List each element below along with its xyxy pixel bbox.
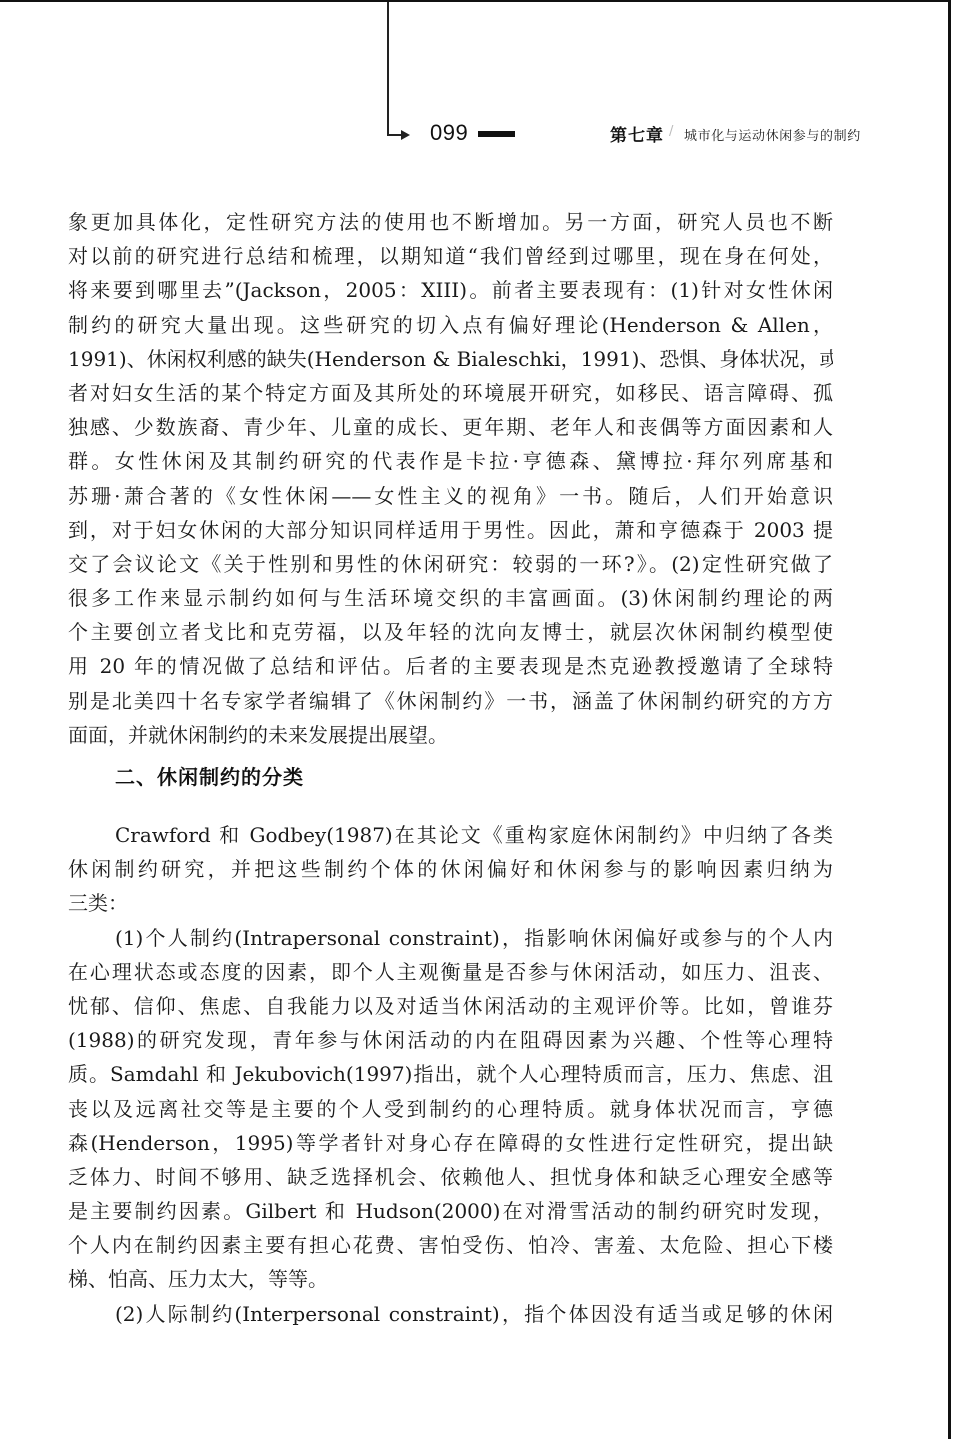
text-line: 是主要制约因素。Gilbert 和 Hudson(2000)在对滑雪活动的制约研… bbox=[68, 1194, 833, 1228]
text-line: 独感、少数族裔、青少年、儿童的成长、更年期、老年人和丧偶等方面因素和人 bbox=[68, 410, 833, 444]
text-line: (2)人际制约(Interpersonal constraint)，指个体因没有… bbox=[68, 1297, 833, 1331]
text-line: 制约的研究大量出现。这些研究的切入点有偏好理论(Henderson & Alle… bbox=[68, 308, 833, 342]
text-line: 1991)、休闲权利感的缺失(Henderson & Bialeschki，19… bbox=[68, 342, 833, 376]
text-line: 者对妇女生活的某个特定方面及其所处的环境展开研究，如移民、语言障碍、孤 bbox=[68, 376, 833, 410]
page-number: 099 bbox=[430, 120, 468, 146]
arrow-right-icon bbox=[401, 130, 410, 140]
text-line: 质。Samdahl 和 Jekubovich(1997)指出，就个人心理特质而言… bbox=[68, 1057, 833, 1091]
text-line: 苏珊·萧合著的《女性休闲——女性主义的视角》一书。随后，人们开始意识 bbox=[68, 479, 833, 513]
text-line: 用 20 年的情况做了总结和评估。后者的主要表现是杰克逊教授邀请了全球特 bbox=[68, 649, 833, 683]
body-text: 象更加具体化，定性研究方法的使用也不断增加。另一方面，研究人员也不断 对以前的研… bbox=[68, 205, 833, 1331]
text-line: (1)个人制约(Intrapersonal constraint)，指影响休闲偏… bbox=[68, 921, 833, 955]
paragraph-intrapersonal-constraint: (1)个人制约(Intrapersonal constraint)，指影响休闲偏… bbox=[68, 921, 833, 1297]
text-line: 对以前的研究进行总结和梳理，以期知道“我们曾经到过哪里，现在身在何处， bbox=[68, 239, 833, 273]
text-line: 别是北美四十名专家学者编辑了《休闲制约》一书，涵盖了休闲制约研究的方方 bbox=[68, 684, 833, 718]
running-header-rule-vertical bbox=[387, 2, 389, 135]
section-heading: 二、休闲制约的分类 bbox=[68, 752, 833, 818]
text-line: 个人内在制约因素主要有担心花费、害怕受伤、怕冷、害羞、太危险、担心下楼 bbox=[68, 1228, 833, 1262]
paragraph-interpersonal-constraint: (2)人际制约(Interpersonal constraint)，指个体因没有… bbox=[68, 1297, 833, 1331]
paragraph-crawford-godbey: Crawford 和 Godbey(1987)在其论文《重构家庭休闲制约》中归纳… bbox=[68, 818, 833, 921]
text-line: 休闲制约研究，并把这些制约个体的休闲偏好和休闲参与的影响因素归纳为 bbox=[68, 852, 833, 886]
text-line: (1988)的研究发现，青年参与休闲活动的内在阻碍因素为兴趣、个性等心理特 bbox=[68, 1023, 833, 1057]
text-line: 到，对于妇女休闲的大部分知识同样适用于男性。因此，萧和亨德森于 2003 提 bbox=[68, 513, 833, 547]
text-line: 森(Henderson，1995)等学者针对身心存在障碍的女性进行定性研究，提出… bbox=[68, 1126, 833, 1160]
text-line: 梯、怕高、压力太大，等等。 bbox=[68, 1262, 833, 1296]
text-line: 交了会议论文《关于性别和男性的休闲研究：较弱的一环?》。(2)定性研究做了 bbox=[68, 547, 833, 581]
text-line: 象更加具体化，定性研究方法的使用也不断增加。另一方面，研究人员也不断 bbox=[68, 205, 833, 239]
chapter-title: 城市化与运动休闲参与的制约 bbox=[684, 125, 861, 144]
text-line: 在心理状态或态度的因素，即个人主观衡量是否参与休闲活动，如压力、沮丧、 bbox=[68, 955, 833, 989]
text-line: 忧郁、信仰、焦虑、自我能力以及对适当休闲活动的主观评价等。比如，曾谁芬 bbox=[68, 989, 833, 1023]
page-number-bar bbox=[478, 131, 515, 137]
text-line: 很多工作来显示制约如何与生活环境交织的丰富画面。(3)休闲制约理论的两 bbox=[68, 581, 833, 615]
text-line: 乏体力、时间不够用、缺乏选择机会、依赖他人、担忧身体和缺乏心理安全感等 bbox=[68, 1160, 833, 1194]
text-line: Crawford 和 Godbey(1987)在其论文《重构家庭休闲制约》中归纳… bbox=[68, 818, 833, 852]
text-line: 面面，并就休闲制约的未来发展提出展望。 bbox=[68, 718, 833, 752]
paragraph-continuation: 象更加具体化，定性研究方法的使用也不断增加。另一方面，研究人员也不断 对以前的研… bbox=[68, 205, 833, 752]
chapter-separator: / bbox=[669, 124, 673, 139]
text-line: 个主要创立者戈比和克劳福，以及年轻的沈向友博士，就层次休闲制约模型使 bbox=[68, 615, 833, 649]
text-line: 丧以及远离社交等是主要的个人受到制约的心理特质。就身体状况而言，亨德 bbox=[68, 1092, 833, 1126]
text-line: 三类： bbox=[68, 886, 833, 920]
text-line: 群。女性休闲及其制约研究的代表作是卡拉·亨德森、黛博拉·拜尔列席基和 bbox=[68, 444, 833, 478]
book-page: 099 第七章 / 城市化与运动休闲参与的制约 象更加具体化，定性研究方法的使用… bbox=[0, 0, 951, 1439]
text-line: 将来要到哪里去”(Jackson，2005：XIII)。前者主要表现有：(1)针… bbox=[68, 273, 833, 307]
chapter-label: 第七章 bbox=[610, 121, 664, 146]
